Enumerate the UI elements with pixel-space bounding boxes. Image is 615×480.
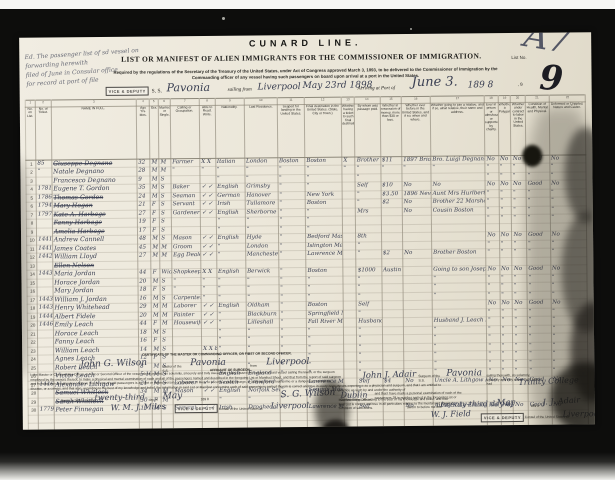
column-header: NAME IN FULL. xyxy=(51,107,135,111)
column-number: 10 xyxy=(252,99,268,102)
affidavit-heading: AFFIDAVIT OF SURGEON. xyxy=(206,369,256,373)
column-number: 15 xyxy=(385,98,395,101)
column-number: 11 xyxy=(284,99,297,102)
list-no-label: List No. xyxy=(511,55,526,60)
column-header: No. on List. xyxy=(26,108,35,119)
column-number: 7 xyxy=(178,100,192,103)
column-header: Final destination in the United States. … xyxy=(305,105,341,116)
column-header: By whom was passage paid. xyxy=(355,104,379,111)
column-header: Age Yrs. Mos. xyxy=(137,107,150,118)
scanner-edge-top xyxy=(0,0,615,9)
manifest-page: Ed. The passenger list of sd vessel on f… xyxy=(19,32,595,429)
surgeon-signature: John J. Adair xyxy=(362,369,416,380)
column-number: 5 xyxy=(152,100,156,103)
column-number: 2 xyxy=(39,101,46,104)
arriving-label: Arriving at Port of xyxy=(358,86,395,91)
column-number: 22 xyxy=(558,96,576,99)
vice-deputy-stamp: VICE & DEPUTY xyxy=(481,413,524,422)
arrival-date: June 3. xyxy=(412,75,458,90)
column-header: Whether in possession of money, more tha… xyxy=(380,104,400,122)
column-header: Whether going to join a relative, and if… xyxy=(431,103,484,114)
scanned-manifest-photo: Ed. The passenger list of sd vessel on f… xyxy=(0,0,615,480)
certificate-ship-name: Pavonia xyxy=(190,358,226,368)
ss-label: S. S. xyxy=(152,88,162,94)
page-title: LIST OR MANIFEST OF ALIEN IMMIGRANTS FOR… xyxy=(101,51,501,64)
column-number: 16 xyxy=(409,97,423,100)
column-header: Able to Read. Write. xyxy=(200,106,215,117)
master-signature: John G. Wilson xyxy=(80,358,147,370)
certificate-port: Liverpool xyxy=(266,357,309,367)
column-number: 14 xyxy=(361,98,373,101)
column-header: Whether ever before in the United States… xyxy=(402,104,430,122)
vice-deputy-stamp: VICE & DEPUTY xyxy=(175,404,218,413)
column-number: 19 xyxy=(501,97,507,100)
column-number: 17 xyxy=(444,97,471,100)
sailing-from-label: sailing from xyxy=(228,88,252,93)
consul-label: Consul of the United States at xyxy=(219,407,263,412)
arrival-year: 189 8 xyxy=(468,80,494,90)
column-header: Married or Single. xyxy=(159,106,170,117)
column-header: Whether under contract to labor in the U… xyxy=(511,103,525,128)
sworn-year: 189 8 xyxy=(201,398,212,402)
surgeon-of-label: Surgeon of the S.S. xyxy=(418,375,442,383)
column-header: Last Residence. xyxy=(244,105,276,109)
ship-name: Pavonia xyxy=(167,81,211,94)
sheet-number-handwritten: 9 xyxy=(538,58,564,99)
vice-deputy-stamp: VICE & DEPUTY xyxy=(106,87,149,96)
page-number-printed: . 9 xyxy=(518,83,523,88)
column-number: 8 xyxy=(203,100,210,103)
dust-speck xyxy=(410,28,412,30)
column-number: 1 xyxy=(28,101,33,104)
column-number: 3 xyxy=(72,100,114,103)
column-number: 9 xyxy=(222,99,236,102)
consul-signature: W. M. J. Miles xyxy=(111,402,166,412)
consul-port: Liverpool xyxy=(271,401,309,410)
column-header: Whether having a ticket to such final de… xyxy=(342,105,355,126)
column-number: 13 xyxy=(345,98,351,101)
sworn-label: Sworn to before me this xyxy=(61,399,100,403)
affidavit-consul-signature: W. J. Field xyxy=(431,409,471,419)
column-number: 4 xyxy=(140,100,146,103)
column-header: Ever in prison or almshouse or supported… xyxy=(485,103,498,132)
column-header: No. of Ticket. xyxy=(36,107,51,114)
sworn-month: May xyxy=(163,391,183,401)
column-header: Seaport for landing in the United States… xyxy=(277,105,304,116)
ink-blot xyxy=(522,145,542,167)
column-number: 18 xyxy=(488,97,494,100)
shipping-line-name: CUNARD LINE. xyxy=(19,35,591,50)
column-header: Whether a Polygamist. xyxy=(498,103,510,114)
column-header: Sex. xyxy=(150,106,158,110)
scanner-edge-bottom xyxy=(0,452,615,480)
column-number: 12 xyxy=(314,98,332,101)
column-header: Calling or Occupation. xyxy=(171,106,199,113)
affidavit-ship-name: Pavonia xyxy=(446,368,482,378)
column-number: 21 xyxy=(531,96,542,99)
affidavit-sworn-month: May xyxy=(497,398,516,408)
dust-speck xyxy=(222,17,225,20)
column-header: Nationality. xyxy=(215,106,243,110)
sworn-day: twenty-third xyxy=(95,393,145,402)
column-number: 6 xyxy=(162,100,167,103)
departure-port: Liverpool xyxy=(258,82,301,92)
column-number: 20 xyxy=(515,97,522,100)
